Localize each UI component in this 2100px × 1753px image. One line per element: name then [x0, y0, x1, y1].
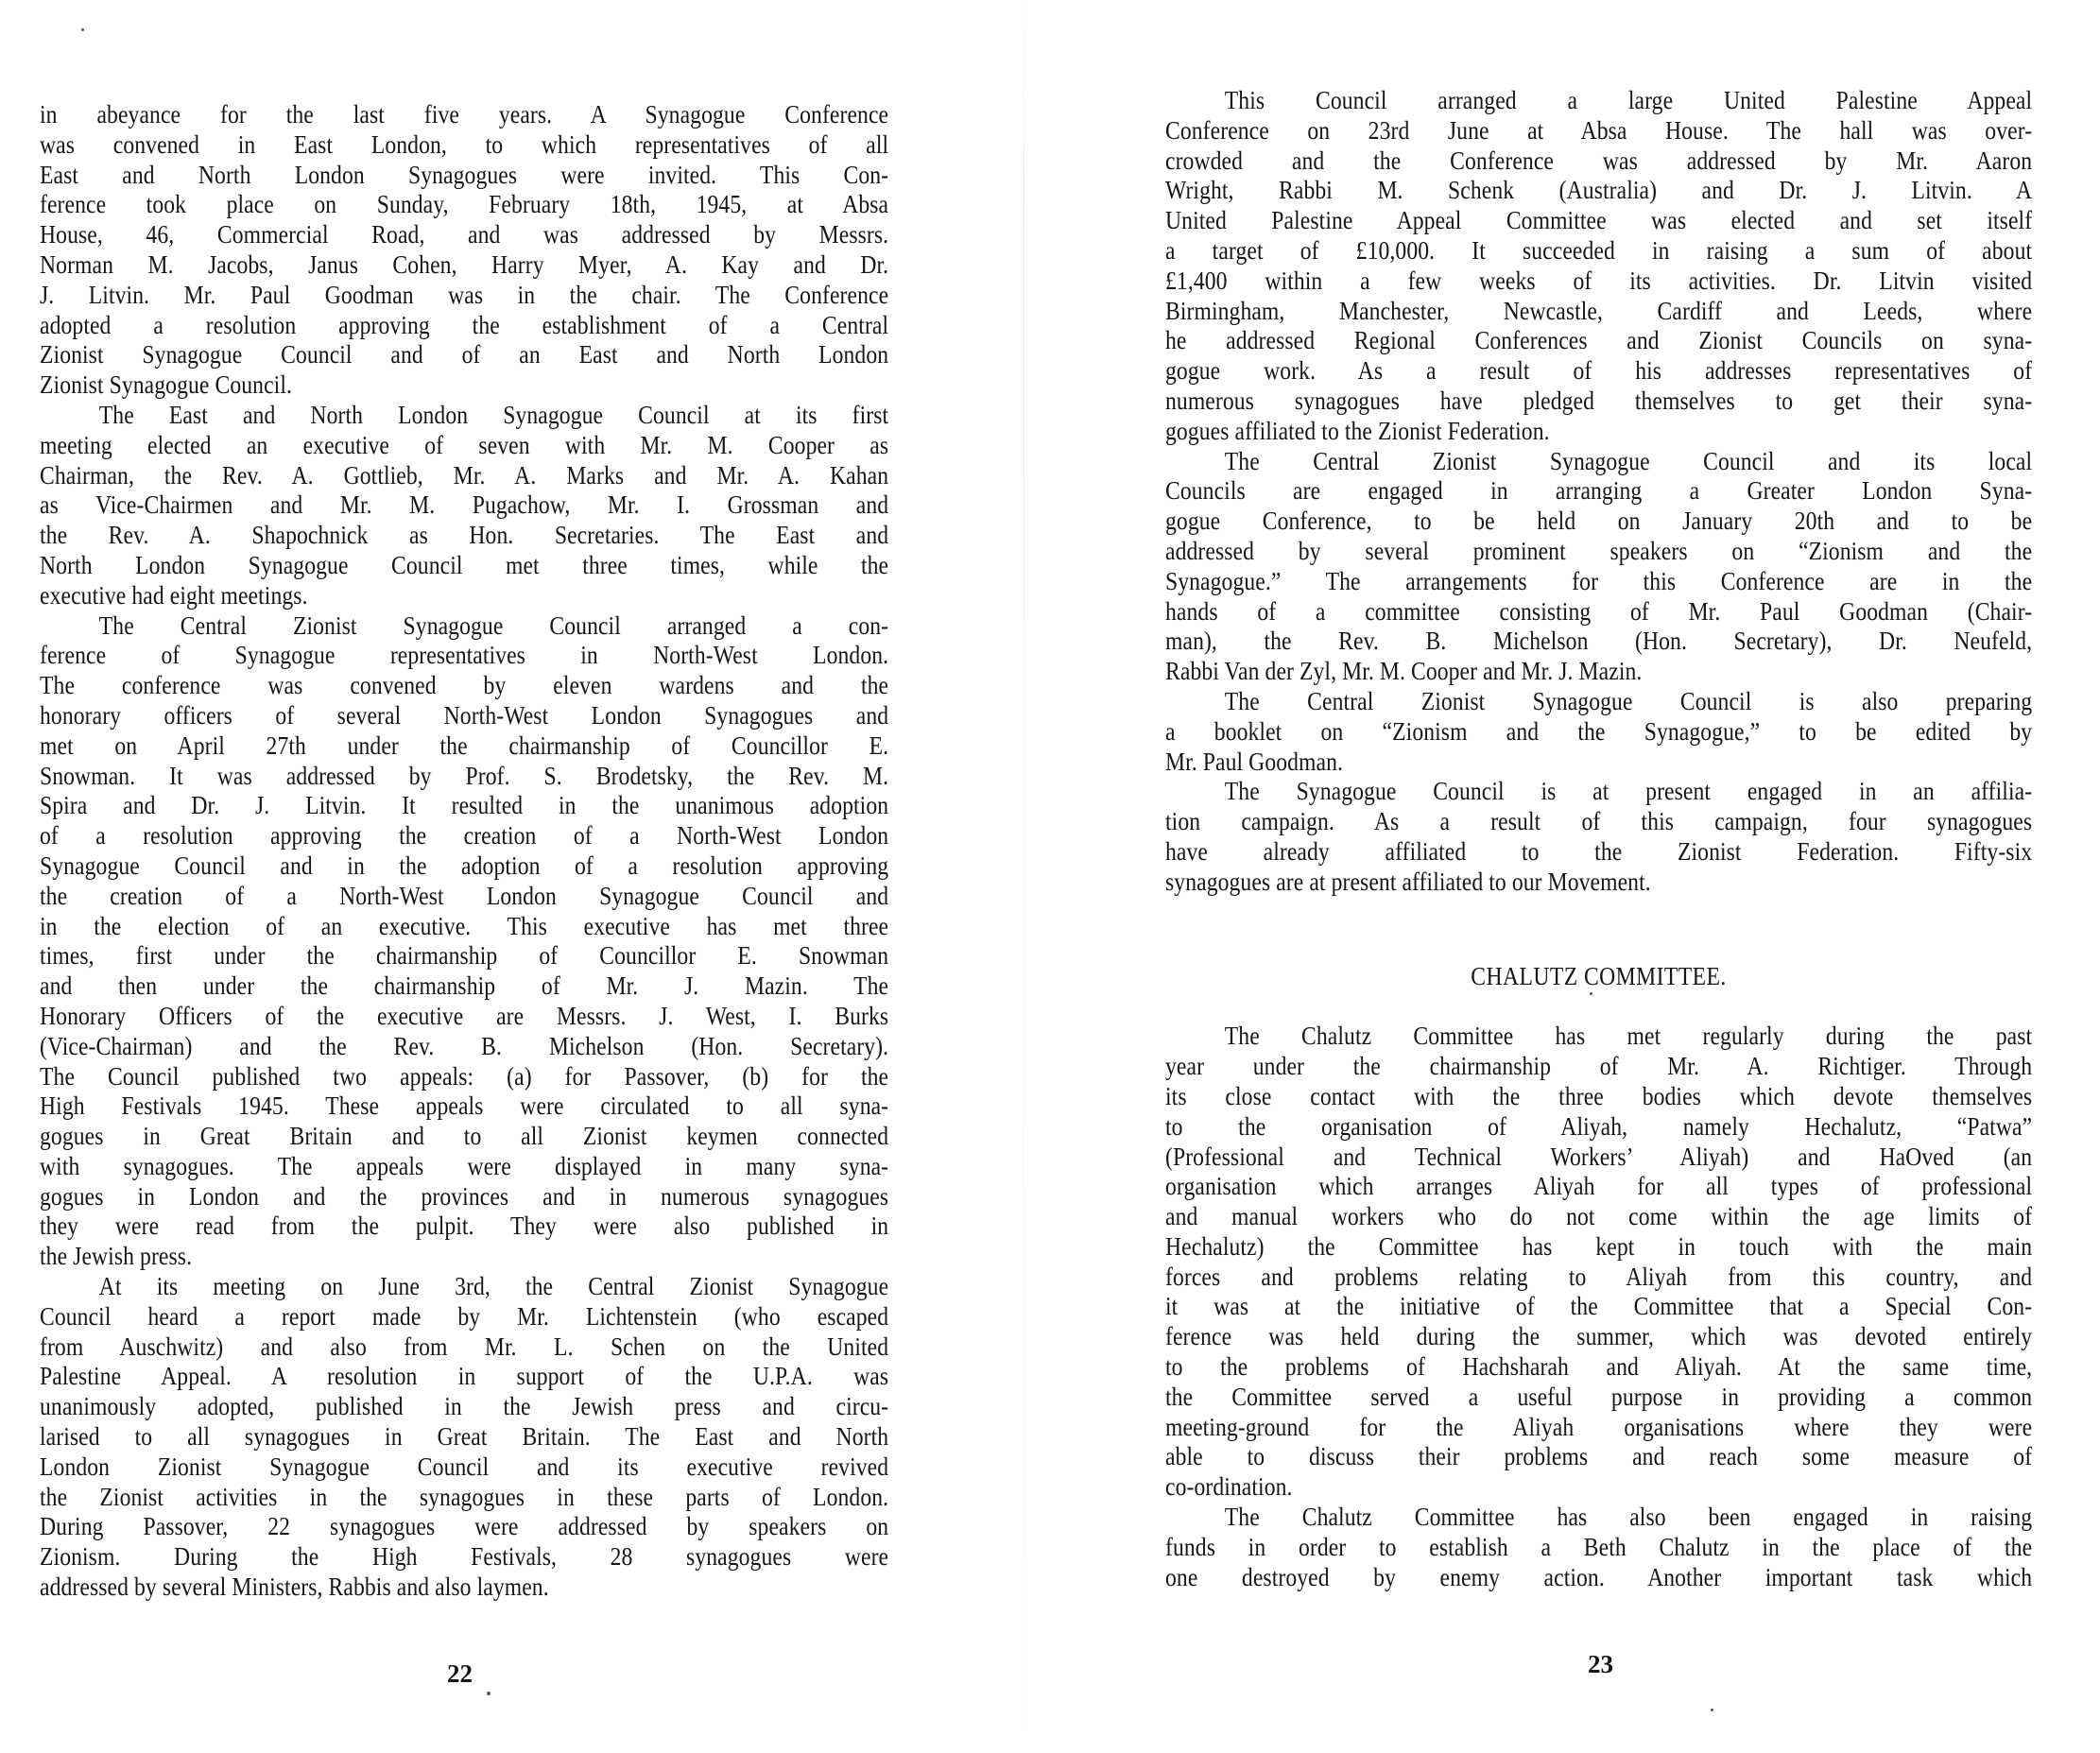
text-line: The conference was convened by eleven wa…: [40, 670, 888, 700]
text-line: co-ordination.: [1165, 1471, 2032, 1502]
text-line: hands of a committee consisting of Mr. P…: [1165, 596, 2032, 627]
text-line: to the problems of Hachsharah and Aliyah…: [1165, 1351, 2032, 1382]
text-line: During Passover, 22 synagogues were addr…: [40, 1511, 888, 1541]
text-line: Spira and Dr. J. Litvin. It resulted in …: [40, 790, 888, 820]
text-line: Wright, Rabbi M. Schenk (Australia) and …: [1165, 175, 2032, 205]
scan-speck: [1590, 992, 1592, 995]
text-line: Birmingham, Manchester, Newcastle, Cardi…: [1165, 296, 2032, 326]
text-line: Council heard a report made by Mr. Licht…: [40, 1301, 888, 1332]
text-line: of a resolution approving the creation o…: [40, 820, 888, 851]
paragraph-start-line: The Chalutz Committee has also been enga…: [1165, 1502, 2032, 1532]
text-line: times, first under the chairmanship of C…: [40, 940, 888, 971]
text-line: executive had eight meetings.: [40, 580, 888, 610]
text-line: able to discuss their problems and reach…: [1165, 1441, 2032, 1471]
paragraph-start-line: The Central Zionist Synagogue Council is…: [1165, 686, 2032, 716]
text-line: was convened in East London, to which re…: [40, 129, 888, 160]
text-line: larised to all synagogues in Great Brita…: [40, 1421, 888, 1452]
text-line: the Zionist activities in the synagogues…: [40, 1482, 888, 1512]
text-line: Palestine Appeal. A resolution in suppor…: [40, 1361, 888, 1391]
text-line: meeting elected an executive of seven wi…: [40, 430, 888, 460]
paragraph-start-line: The Synagogue Council is at present enga…: [1165, 776, 2032, 806]
text-line: gogue Conference, to be held on January …: [1165, 506, 2032, 536]
text-line: London Zionist Synagogue Council and its…: [40, 1452, 888, 1482]
text-line: in the election of an executive. This ex…: [40, 911, 888, 941]
text-line: Zionism. During the High Festivals, 28 s…: [40, 1541, 888, 1572]
paragraph-start-line: The Central Zionist Synagogue Council ar…: [40, 610, 888, 641]
text-line: year under the chairmanship of Mr. A. Ri…: [1165, 1051, 2032, 1081]
page-gutter: [1024, 0, 1024, 1753]
text-line: crowded and the Conference was addressed…: [1165, 146, 2032, 176]
paragraph-start-line: This Council arranged a large United Pal…: [1165, 85, 2032, 115]
text-line: one destroyed by enemy action. Another i…: [1165, 1562, 2032, 1592]
text-line: with synagogues. The appeals were displa…: [40, 1151, 888, 1181]
text-line: forces and problems relating to Aliyah f…: [1165, 1262, 2032, 1292]
text-line: Norman M. Jacobs, Janus Cohen, Harry Mye…: [40, 249, 888, 280]
text-line: in abeyance for the last five years. A S…: [40, 99, 888, 129]
text-line: they were read from the pulpit. They wer…: [40, 1211, 888, 1241]
text-line: High Festivals 1945. These appeals were …: [40, 1091, 888, 1121]
scan-speck: [1711, 1709, 1713, 1711]
text-line: as Vice-Chairmen and Mr. M. Pugachow, Mr…: [40, 490, 888, 520]
paragraph-start-line: The East and North London Synagogue Coun…: [40, 400, 888, 430]
text-line: man), the Rev. B. Michelson (Hon. Secret…: [1165, 626, 2032, 656]
text-line: addressed by several Ministers, Rabbis a…: [40, 1572, 888, 1602]
text-line: and manual workers who do not come withi…: [1165, 1201, 2032, 1231]
text-line: the creation of a North-West London Syna…: [40, 881, 888, 911]
text-line: Chairman, the Rev. A. Gottlieb, Mr. A. M…: [40, 460, 888, 490]
text-line: to the organisation of Aliyah, namely He…: [1165, 1111, 2032, 1142]
text-line: Councils are engaged in arranging a Grea…: [1165, 475, 2032, 506]
text-line: honorary officers of several North-West …: [40, 700, 888, 730]
text-line: from Auschwitz) and also from Mr. L. Sch…: [40, 1332, 888, 1362]
text-line: United Palestine Appeal Committee was el…: [1165, 205, 2032, 235]
text-line: Mr. Paul Goodman.: [1165, 747, 2032, 777]
text-line: ference of Synagogue representatives in …: [40, 640, 888, 670]
text-line: Conference on 23rd June at Absa House. T…: [1165, 115, 2032, 146]
paragraph-start-line: The Chalutz Committee has met regularly …: [1165, 1021, 2032, 1051]
text-line: a booklet on “Zionism and the Synagogue,…: [1165, 716, 2032, 747]
text-line: Rabbi Van der Zyl, Mr. M. Cooper and Mr.…: [1165, 656, 2032, 686]
text-line: and then under the chairmanship of Mr. J…: [40, 971, 888, 1001]
text-line: (Vice-Chairman) and the Rev. B. Michelso…: [40, 1031, 888, 1061]
text-line: gogue work. As a result of his addresses…: [1165, 355, 2032, 386]
text-line: organisation which arranges Aliyah for a…: [1165, 1171, 2032, 1201]
text-line: the Jewish press.: [40, 1241, 888, 1271]
text-line: Zionist Synagogue Council.: [40, 370, 888, 400]
text-line: gogues in Great Britain and to all Zioni…: [40, 1121, 888, 1151]
text-line: synagogues are at present affiliated to …: [1165, 867, 2032, 897]
text-line: House, 46, Commercial Road, and was addr…: [40, 219, 888, 249]
text-line: J. Litvin. Mr. Paul Goodman was in the c…: [40, 280, 888, 310]
text-line: funds in order to establish a Beth Chalu…: [1165, 1532, 2032, 1562]
text-line: Synagogue Council and in the adoption of…: [40, 851, 888, 881]
scan-speck: [81, 28, 84, 31]
text-line: the Committee served a useful purpose in…: [1165, 1382, 2032, 1412]
text-line: met on April 27th under the chairmanship…: [40, 730, 888, 761]
text-line: Snowman. It was addressed by Prof. S. Br…: [40, 761, 888, 791]
page-number: 23: [1588, 1650, 1613, 1679]
text-line: numerous synagogues have pledged themsel…: [1165, 386, 2032, 416]
text-line: he addressed Regional Conferences and Zi…: [1165, 325, 2032, 355]
text-line: gogues in London and the provinces and i…: [40, 1181, 888, 1212]
section-heading: CHALUTZ COMMITTEE.: [1226, 961, 1971, 991]
right-page-text-column: This Council arranged a large United Pal…: [1165, 85, 2032, 1591]
text-line: East and North London Synagogues were in…: [40, 160, 888, 190]
paragraph-start-line: At its meeting on June 3rd, the Central …: [40, 1271, 888, 1301]
scan-speck: [487, 1692, 491, 1695]
page-number: 22: [447, 1659, 473, 1689]
text-line: £1,400 within a few weeks of its activit…: [1165, 266, 2032, 296]
text-line: The Council published two appeals: (a) f…: [40, 1061, 888, 1091]
text-line: have already affiliated to the Zionist F…: [1165, 836, 2032, 867]
text-line: gogues affiliated to the Zionist Federat…: [1165, 416, 2032, 446]
section-spacer: [1165, 897, 2032, 961]
text-line: Honorary Officers of the executive are M…: [40, 1001, 888, 1031]
text-line: a target of £10,000. It succeeded in rai…: [1165, 235, 2032, 266]
right-page: This Council arranged a large United Pal…: [1040, 0, 2100, 1753]
section-spacer: [1165, 990, 2032, 1021]
left-page-text-column: in abeyance for the last five years. A S…: [40, 99, 888, 1602]
text-line: its close contact with the three bodies …: [1165, 1081, 2032, 1111]
text-line: meeting-ground for the Aliyah organisati…: [1165, 1412, 2032, 1442]
text-line: the Rev. A. Shapochnick as Hon. Secretar…: [40, 520, 888, 550]
text-line: ference took place on Sunday, February 1…: [40, 189, 888, 219]
text-line: Zionist Synagogue Council and of an East…: [40, 339, 888, 370]
left-page: in abeyance for the last five years. A S…: [0, 0, 1040, 1753]
text-line: ference was held during the summer, whic…: [1165, 1321, 2032, 1351]
text-line: addressed by several prominent speakers …: [1165, 536, 2032, 566]
text-line: Hechalutz) the Committee has kept in tou…: [1165, 1231, 2032, 1262]
text-line: it was at the initiative of the Committe…: [1165, 1291, 2032, 1321]
text-line: tion campaign. As a result of this campa…: [1165, 806, 2032, 836]
paragraph-start-line: The Central Zionist Synagogue Council an…: [1165, 446, 2032, 476]
text-line: unanimously adopted, published in the Je…: [40, 1391, 888, 1421]
text-line: North London Synagogue Council met three…: [40, 550, 888, 580]
text-line: adopted a resolution approving the estab…: [40, 310, 888, 340]
text-line: Synagogue.” The arrangements for this Co…: [1165, 566, 2032, 596]
text-line: (Professional and Technical Workers’ Ali…: [1165, 1142, 2032, 1172]
